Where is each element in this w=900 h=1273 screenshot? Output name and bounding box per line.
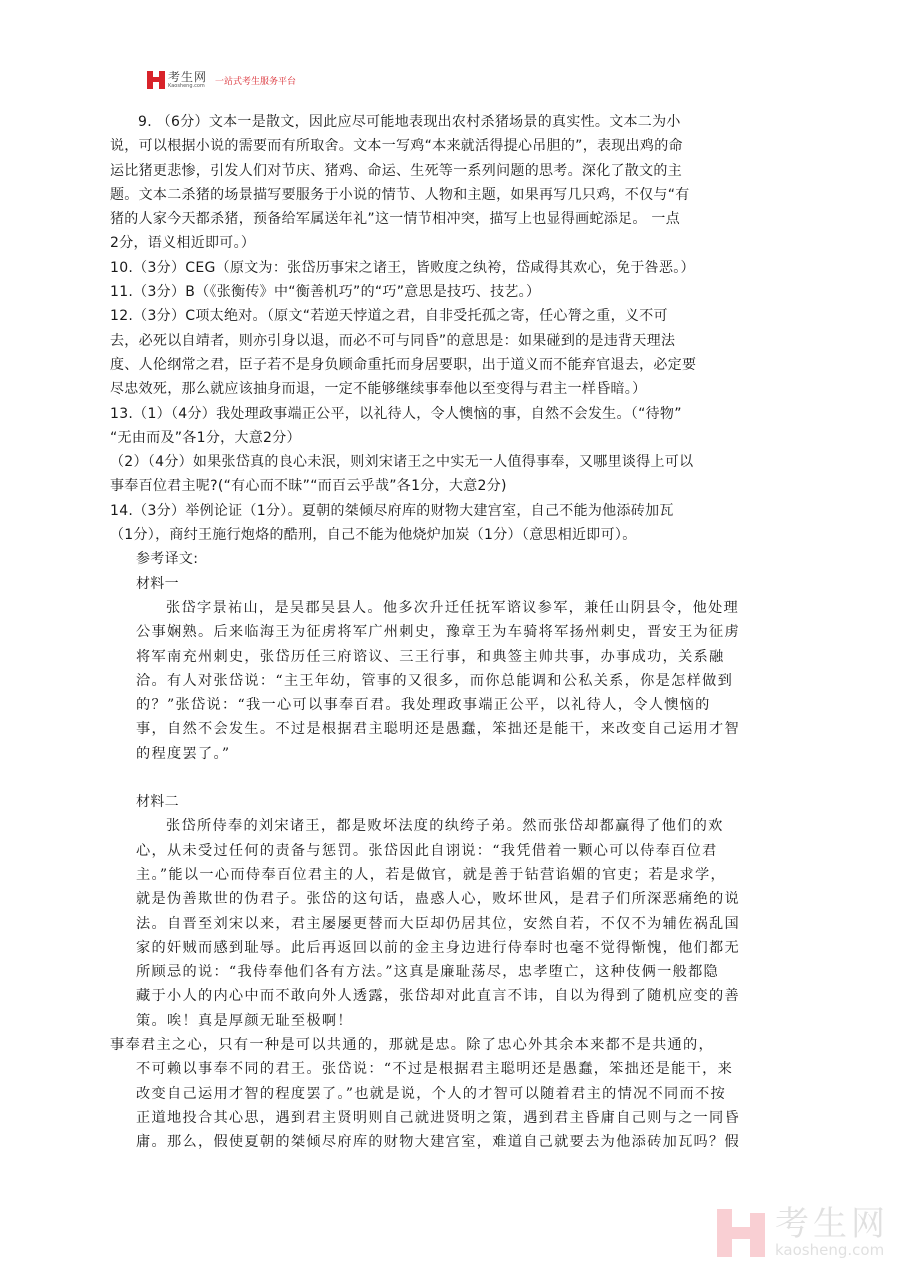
text-line: 策。唉！真是厚颜无耻至极啊！	[110, 1009, 790, 1033]
spacer	[110, 766, 790, 790]
material2-text: 张岱所侍奉的刘宋诸王，都是败坏法度的纨绔子弟。然而张岱却都赢得了他们的欢 心，从…	[110, 814, 790, 1033]
logo-en: Kaosheng.com	[168, 84, 207, 89]
text-line: （1分），商纣王施行炮烙的酷刑，自己不能为他烧炉加炭（1分）（意思相近即可）。	[110, 523, 790, 547]
answer-q11: 11.（3分）B（《张衡传》中“衡善机巧”的“巧”意思是技巧、技艺。）	[110, 280, 790, 304]
text-line: 将军南充州刺史，张岱历任三府谘议、三王行事，和典签主帅共事，办事成功，关系融	[110, 645, 790, 669]
text-line: 9. （6分）文本一是散文，因此应尽可能地表现出农村杀猪场景的真实性。文本二为小	[110, 110, 790, 134]
text-line: 12.（3分）C项太绝对。（原文“若逆天悖道之君，自非受托孤之寄，任心膂之重，义…	[110, 304, 790, 328]
text-line: 的？”张岱说：“我一心可以事奉百君。我处理政事端正公平，以礼待人，令人懊恼的	[110, 693, 790, 717]
text-line: 家的奸贼而感到耻辱。此后再返回以前的金主身边进行侍奉时也毫不觉得惭愧，他们都无	[110, 936, 790, 960]
text-line: 公事娴熟。后来临海王为征虏将军广州刺史，豫章王为车骑将军扬州刺史，晋安王为征虏	[110, 620, 790, 644]
translation-heading: 参考译文:	[110, 547, 790, 571]
text-line: 就是伪善欺世的伪君子。张岱的这句话，蛊惑人心，败坏世风，是君子们所深恶痛绝的说	[110, 887, 790, 911]
material2-title: 材料二	[110, 790, 790, 814]
text-line: 14.（3分）举例论证（1分）。夏朝的桀倾尽府库的财物大建宫室，自己不能为他添砖…	[110, 499, 790, 523]
slogan: 一站式考生服务平台	[215, 74, 296, 87]
text-line: 13.（1）（4分）我处理政事端正公平，以礼待人，令人懊恼的事，自然不会发生。（…	[110, 402, 790, 426]
text-line: 不可赖以事奉不同的君王。张岱说：“不过是根据君主聪明还是愚蠢，笨拙还是能干，来	[110, 1057, 790, 1081]
text-line: 改变自己运用才智的程度罢了。”也就是说，个人的才智可以随着君主的情况不同而不按	[110, 1082, 790, 1106]
text-line: 所顾忌的说：“我侍奉他们各有方法。”这真是廉耻荡尽，忠孝堕亡，这种伎俩一般都隐	[110, 960, 790, 984]
text-line: 正道地投合其心思，遇到君主贤明则自己就进贤明之策，遇到君主昏庸自己则与之一同昏	[110, 1106, 790, 1130]
text-line: 主。”能以一心而侍奉百位君主的人，若是做官，就是善于钻营谄媚的官吏；若是求学，	[110, 863, 790, 887]
answer-q13-1: 13.（1）（4分）我处理政事端正公平，以礼待人，令人懊恼的事，自然不会发生。（…	[110, 402, 790, 451]
kaosheng-watermark-icon	[717, 1209, 765, 1257]
text-line: 事，自然不会发生。不过是根据君主聪明还是愚蠢，笨拙还是能干，来改变自己运用才智	[110, 717, 790, 741]
material1-title: 材料一	[110, 572, 790, 596]
text-line: 法。自晋至刘宋以来，君主屡屡更替而大臣却仍居其位，安然自若，不仅不为辅佐祸乱国	[110, 912, 790, 936]
text-line: 事奉百位君主呢?(“有心而不昧”“而百云乎哉”各1分，大意2分)	[110, 474, 790, 498]
answer-q12: 12.（3分）C项太绝对。（原文“若逆天悖道之君，自非受托孤之寄，任心膂之重，义…	[110, 304, 790, 401]
text-line: 庸。那么，假使夏朝的桀倾尽府库的财物大建宫室，难道自己就要去为他添砖加瓦吗？假	[110, 1130, 790, 1154]
watermark-text: 考生网 kaosheng.com	[775, 1207, 889, 1258]
document-body: 9. （6分）文本一是散文，因此应尽可能地表现出农村杀猪场景的真实性。文本二为小…	[110, 110, 790, 1154]
logo-text: 考生网 Kaosheng.com	[168, 71, 207, 89]
text-line: 藏于小人的内心中而不敢向外人透露，张岱却对此直言不讳，自以为得到了随机应变的善	[110, 984, 790, 1008]
text-line: 事奉君主之心，只有一种是可以共通的，那就是忠。除了忠心外其余本来都不是共通的，	[110, 1033, 790, 1057]
text-line: 2分，语义相近即可。）	[110, 231, 790, 255]
text-line: （2）（4分）如果张岱真的良心未泯，则刘宋诸王之中实无一人值得事奉，又哪里谈得上…	[110, 450, 790, 474]
text-line: 张岱字景祐山，是吴郡吴县人。他多次升迁任抚军谘议参军，兼任山阴县令，他处理	[110, 596, 790, 620]
text-line: 的程度罢了。”	[110, 742, 790, 766]
watermark-cn: 考生网	[775, 1207, 889, 1241]
text-line: 运比猪更悲惨，引发人们对节庆、猪鸡、命运、生死等一系列问题的思考。深化了散文的主	[110, 159, 790, 183]
text-line: 张岱所侍奉的刘宋诸王，都是败坏法度的纨绔子弟。然而张岱却都赢得了他们的欢	[110, 814, 790, 838]
watermark: 考生网 kaosheng.com	[717, 1207, 889, 1258]
text-line: 题。文本二杀猪的场景描写要服务于小说的情节、人物和主题，如果再写几只鸡，不仅与“…	[110, 183, 790, 207]
text-line: 心，从未受过任何的责备与惩罚。张岱因此自诩说：“我凭借着一颗心可以侍奉百位君	[110, 839, 790, 863]
text-line: 洽。有人对张岱说：“主王年幼，管事的又很多，而你总能调和公私关系，你是怎样做到	[110, 669, 790, 693]
logo-cn: 考生网	[168, 71, 207, 83]
text-line: 去，必死以自靖者，则亦引身以退，而必不可与同昏”的意思是：如果碰到的是违背天理法	[110, 329, 790, 353]
text-line: 度、人伦纲常之君，臣子若不是身负顾命重托而身居要职，出于道义而不能弃官退去，必定…	[110, 353, 790, 377]
answer-q9: 9. （6分）文本一是散文，因此应尽可能地表现出农村杀猪场景的真实性。文本二为小…	[110, 110, 790, 256]
material2-text-continued: 事奉君主之心，只有一种是可以共通的，那就是忠。除了忠心外其余本来都不是共通的， …	[110, 1033, 790, 1154]
answer-q14: 14.（3分）举例论证（1分）。夏朝的桀倾尽府库的财物大建宫室，自己不能为他添砖…	[110, 499, 790, 548]
answer-q13-2: （2）（4分）如果张岱真的良心未泯，则刘宋诸王之中实无一人值得事奉，又哪里谈得上…	[110, 450, 790, 499]
site-header: 考生网 Kaosheng.com 一站式考生服务平台	[147, 69, 296, 91]
text-line: 尽忠效死，那么就应该抽身而退，一定不能够继续事奉他以至变得与君主一样昏暗。）	[110, 377, 790, 401]
text-line: 说，可以根据小说的需要而有所取舍。文本一写鸡“本来就活得提心吊胆的”，表现出鸡的…	[110, 134, 790, 158]
text-line: 猪的人家今天都杀猪，预备给军属送年礼”这一情节相冲突，描写上也显得画蛇添足。 一…	[110, 207, 790, 231]
text-line: “无由而及”各1分，大意2分）	[110, 426, 790, 450]
watermark-en: kaosheng.com	[775, 1243, 889, 1258]
material1-text: 张岱字景祐山，是吴郡吴县人。他多次升迁任抚军谘议参军，兼任山阴县令，他处理 公事…	[110, 596, 790, 766]
answer-q10: 10.（3分）CEG（原文为：张岱历事宋之诸王，皆败度之纨袴，岱咸得其欢心，免于…	[110, 256, 790, 280]
kaosheng-logo-icon	[147, 71, 165, 89]
